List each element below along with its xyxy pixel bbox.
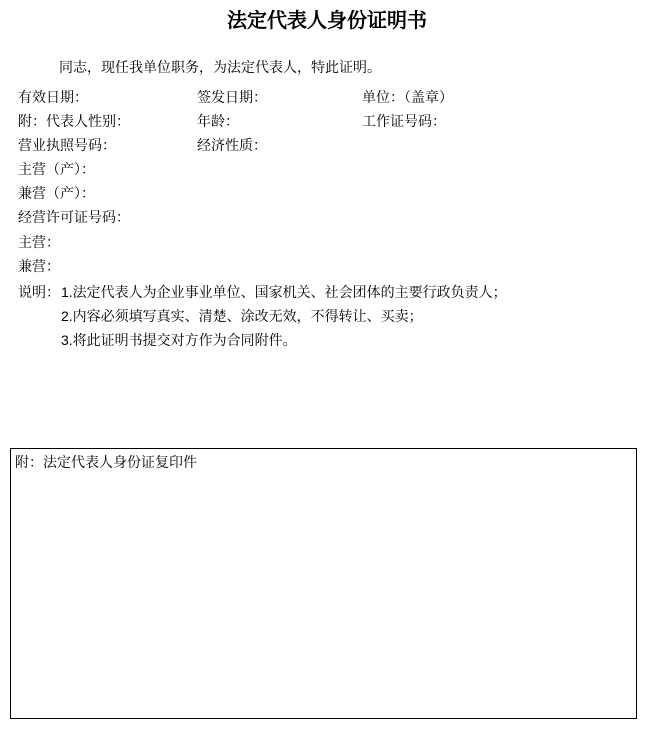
attachment-box-label: 附：法定代表人身份证复印件 xyxy=(15,453,197,471)
label-business-license: 营业执照号码： xyxy=(18,135,116,155)
label-side-business: 兼营： xyxy=(18,257,60,275)
label-issue-date: 签发日期： xyxy=(197,87,267,107)
label-side-business-product: 兼营（产）： xyxy=(18,184,95,202)
label-main-business: 主营： xyxy=(18,233,60,251)
label-economic-nature: 经济性质： xyxy=(197,135,267,155)
info-row-representative: 附：代表人性别： 年龄： 工作证号码： xyxy=(0,111,654,131)
intro-line: 同志，现任我单位职务，为法定代表人，特此证明。 xyxy=(59,58,381,76)
label-valid-date: 有效日期： xyxy=(18,87,88,107)
label-main-business-product: 主营（产）： xyxy=(18,160,95,178)
notes-label: 说明： xyxy=(18,283,60,301)
document-page: 法定代表人身份证明书 同志，现任我单位职务，为法定代表人，特此证明。 有效日期：… xyxy=(0,0,654,733)
note-item-1: 1.法定代表人为企业事业单位、国家机关、社会团体的主要行政负责人； xyxy=(61,283,507,301)
document-title: 法定代表人身份证明书 xyxy=(0,10,654,32)
note-item-3: 3.将此证明书提交对方作为合同附件。 xyxy=(61,331,297,349)
attachment-box: 附：法定代表人身份证复印件 xyxy=(10,448,637,719)
label-age: 年龄： xyxy=(197,111,239,131)
info-row-dates: 有效日期： 签发日期： 单位：（盖章） xyxy=(0,87,654,107)
label-work-id: 工作证号码： xyxy=(362,111,446,131)
note-item-2: 2.内容必须填写真实、清楚、涂改无效，不得转让、买卖； xyxy=(61,307,423,325)
info-row-license: 营业执照号码： 经济性质： xyxy=(0,135,654,155)
label-operating-permit: 经营许可证号码： xyxy=(18,208,130,226)
label-rep-gender: 附：代表人性别： xyxy=(18,111,130,131)
label-unit-seal: 单位：（盖章） xyxy=(362,87,453,107)
